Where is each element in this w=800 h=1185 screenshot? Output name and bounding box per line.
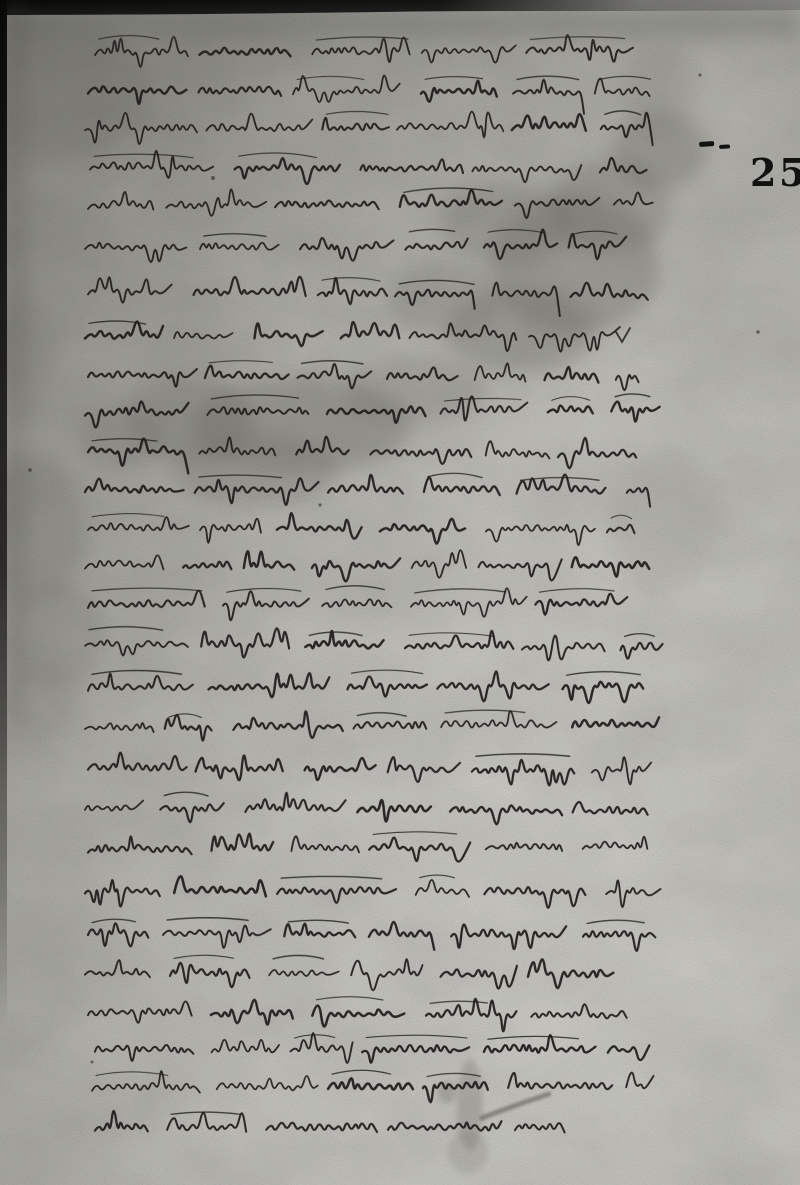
manuscript-scan-page: 25 (0, 0, 800, 1185)
manuscript-canvas: 25 (0, 0, 800, 1185)
film-grain (0, 0, 800, 1185)
